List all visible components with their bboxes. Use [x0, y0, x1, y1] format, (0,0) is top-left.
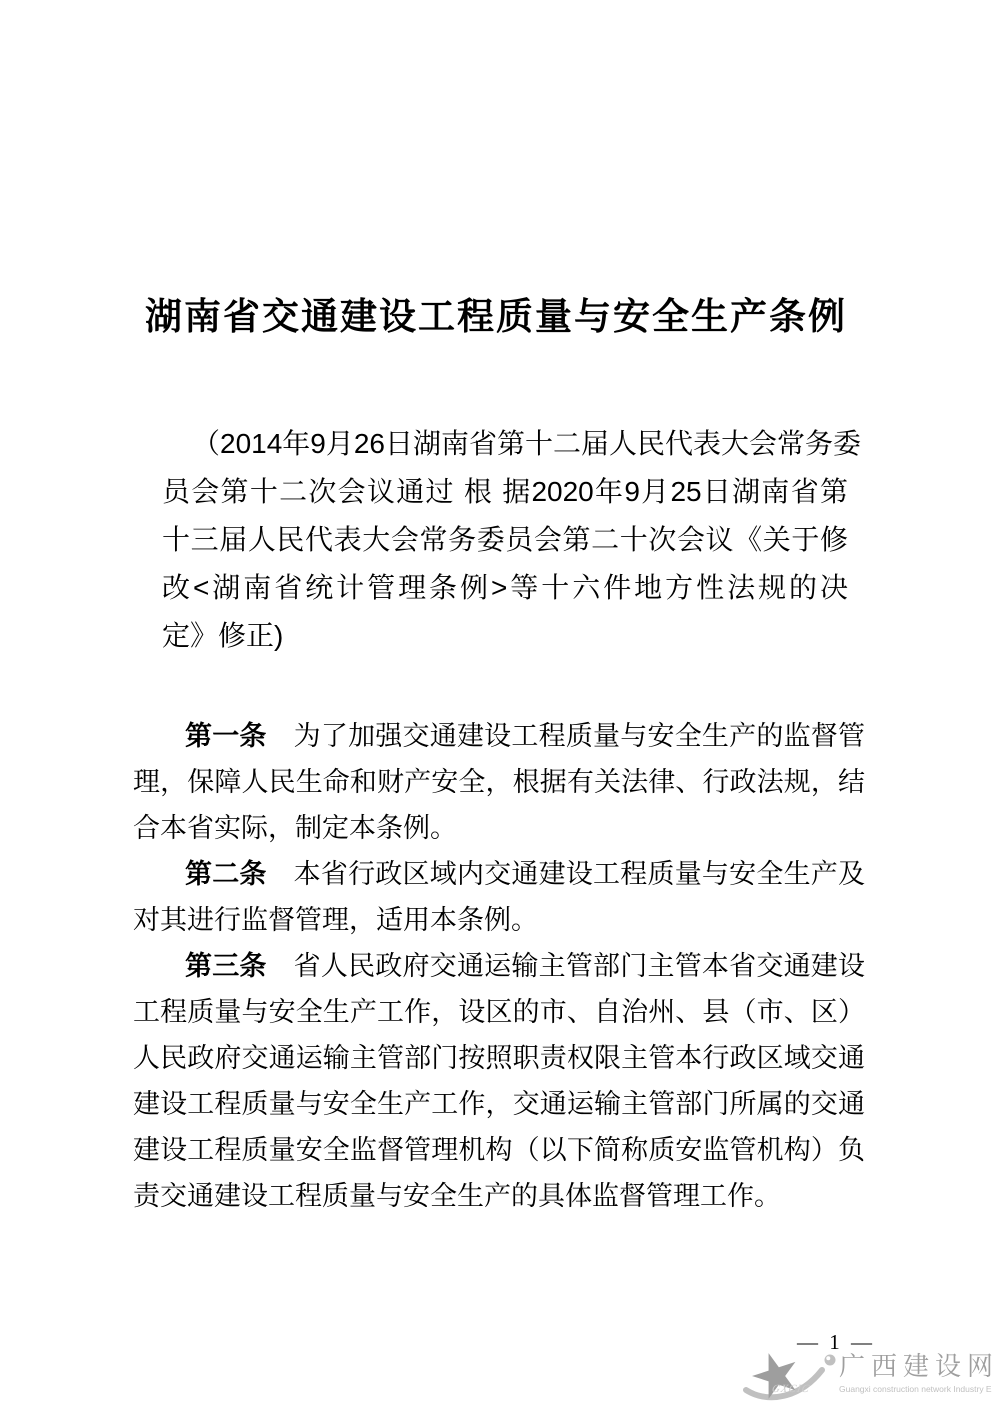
article-first-line: 第二条本省行政区域内交通建设工程质量与安全生产及: [133, 851, 865, 897]
articles-block: 第一条为了加强交通建设工程质量与安全生产的监督管理，保障人民生命和财产安全，根据…: [133, 713, 865, 1219]
article-line: 工程质量与安全生产工作，设区的市、自治州、县（市、区）: [133, 989, 865, 1035]
article-line: 对其进行监督管理，适用本条例。: [133, 897, 865, 943]
article-text: 本省行政区域内交通建设工程质量与安全生产及: [294, 859, 865, 889]
page-number: — 1 —: [797, 1330, 875, 1355]
article-label: 第二条: [185, 859, 267, 889]
preamble-line: 改<湖南省统计管理条例>等十六件地方性法规的决: [162, 564, 848, 612]
article-text: 省人民政府交通运输主管部门主管本省交通建设: [294, 951, 865, 981]
article-first-line: 第一条为了加强交通建设工程质量与安全生产的监督管: [133, 713, 865, 759]
article-first-line: 第三条省人民政府交通运输主管部门主管本省交通建设: [133, 943, 865, 989]
preamble-line: 定》修正): [162, 612, 848, 660]
article-line: 责交通建设工程质量与安全生产的具体监督管理工作。: [133, 1173, 865, 1219]
logo-site-subtitle: Guangxi construction network Industry Ed…: [839, 1384, 992, 1394]
article-label: 第一条: [185, 721, 267, 751]
article-text: 为了加强交通建设工程质量与安全生产的监督管: [294, 721, 865, 751]
preamble-block: （2014年9月26日湖南省第十二届人民代表大会常务委员会第十二次会议通过 根 …: [162, 420, 848, 660]
logo-mark-text: GXCIC: [771, 1383, 812, 1395]
logo-text-block: 广西建设网 Guangxi construction network Indus…: [839, 1352, 992, 1394]
preamble-line: （2014年9月26日湖南省第十二届人民代表大会常务委: [162, 420, 848, 468]
site-watermark-logo: GXCIC 广西建设网 Guangxi construction network…: [742, 1350, 992, 1403]
article-line: 合本省实际，制定本条例。: [133, 805, 865, 851]
article-line: 建设工程质量与安全生产工作，交通运输主管部门所属的交通: [133, 1081, 865, 1127]
preamble-line: 十三届人民代表大会常务委员会第二十次会议《关于修: [162, 516, 848, 564]
article-line: 理，保障人民生命和财产安全，根据有关法律、行政法规，结: [133, 759, 865, 805]
page-title: 湖南省交通建设工程质量与安全生产条例: [127, 295, 865, 339]
document-page: 湖南省交通建设工程质量与安全生产条例 （2014年9月26日湖南省第十二届人民代…: [0, 0, 992, 1403]
article-line: 建设工程质量安全监督管理机构（以下简称质安监管机构）负: [133, 1127, 865, 1173]
article-label: 第三条: [185, 951, 267, 981]
logo-site-name: 广西建设网: [839, 1352, 992, 1382]
article-line: 人民政府交通运输主管部门按照职责权限主管本行政区域交通: [133, 1035, 865, 1081]
preamble-line: 员会第十二次会议通过 根 据2020年9月25日湖南省第: [162, 468, 848, 516]
